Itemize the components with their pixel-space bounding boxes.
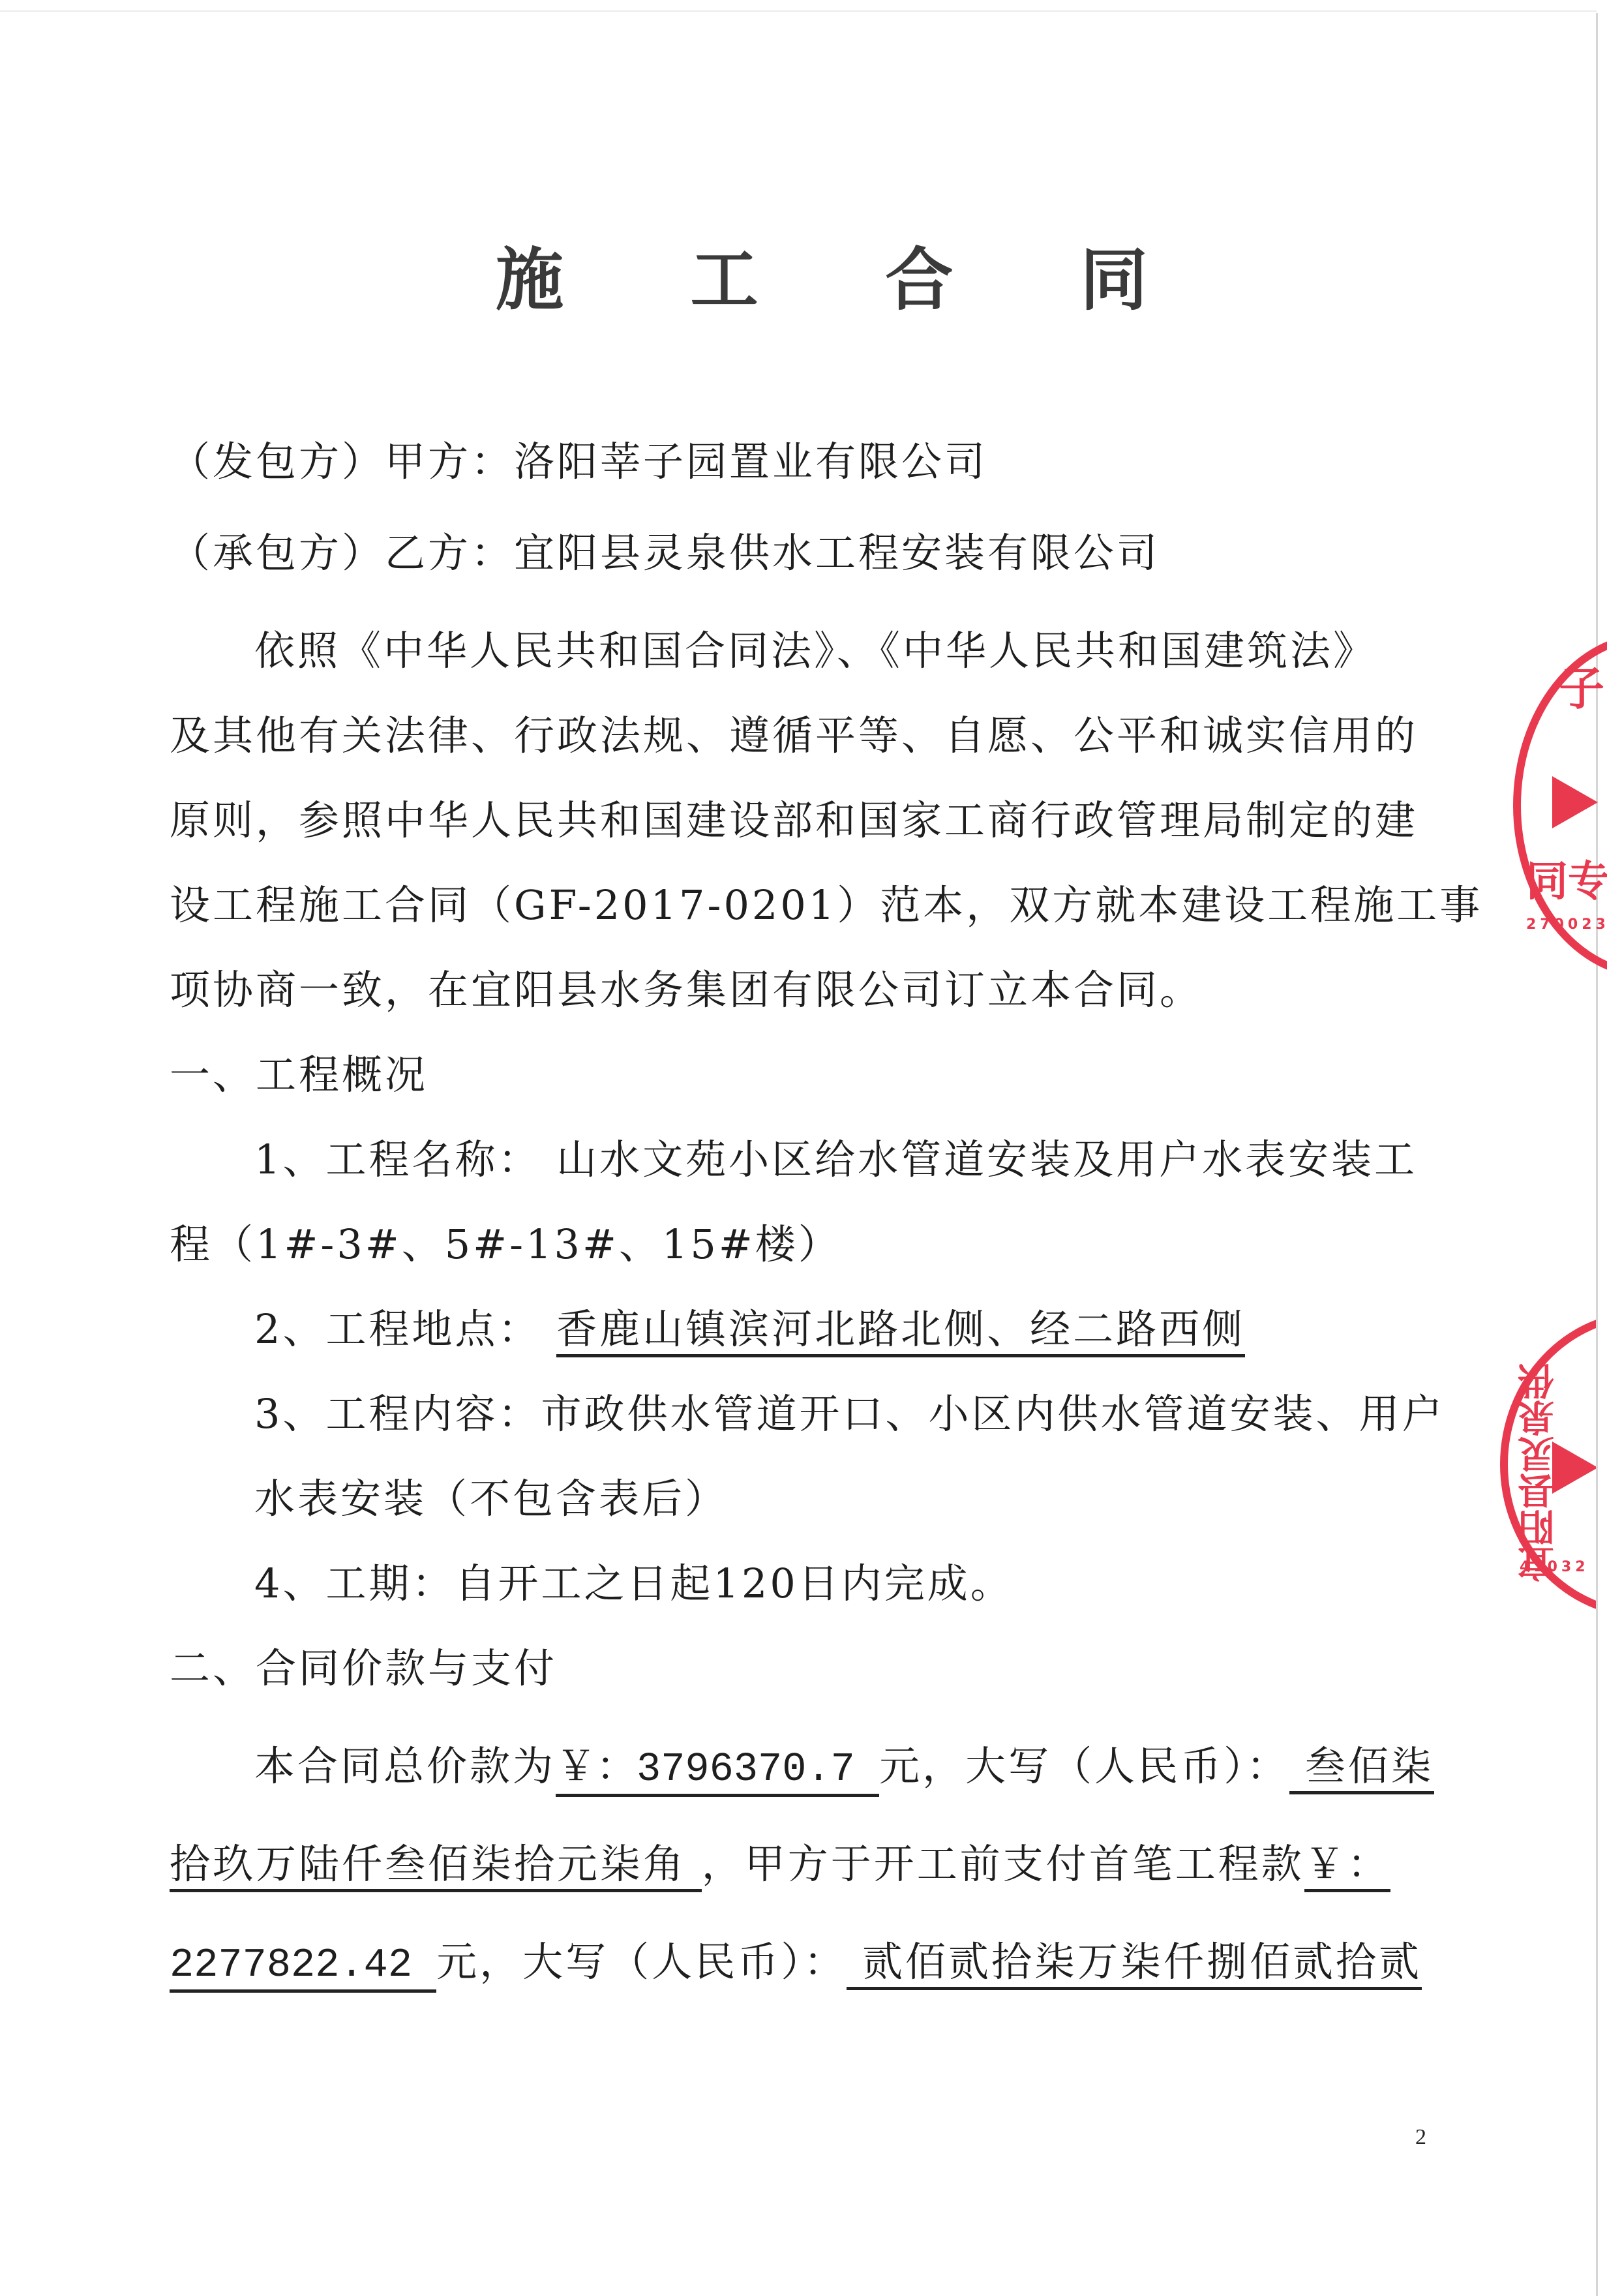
seal-code: 41032	[1520, 1559, 1589, 1575]
scan-edge-top	[0, 10, 1597, 12]
seal-star-icon	[1552, 776, 1598, 828]
total-price-line: 本合同总价款为￥：3796370.7 元，大写（人民币）： 叁佰柒	[254, 1740, 1513, 1796]
project-name-value: 山水文苑小区给水管道安装及用户水表安装工	[556, 1136, 1417, 1183]
project-content: 3、工程内容：市政供水管道开口、小区内供水管道安装、用户	[254, 1388, 1513, 1440]
total-price-prefix: 本合同总价款为	[254, 1742, 556, 1790]
page-number: 2	[1415, 2125, 1426, 2150]
project-duration: 4、工期：自开工之日起120日内完成。	[254, 1558, 1513, 1610]
project-content-continued: 水表安装（不包含表后）	[254, 1473, 1513, 1525]
company-seal-party-b: 宜阳县灵泉供 41032	[1500, 1311, 1607, 1624]
title-char: 合	[885, 225, 953, 323]
title-char: 同	[1080, 225, 1148, 323]
project-name-label: 1、工程名称：	[254, 1136, 541, 1183]
project-name-continued: 程（1#-3#、5#-13#、15#楼）	[170, 1218, 1428, 1271]
seal-text-bottom: 同专	[1526, 848, 1607, 908]
project-name: 1、工程名称： 山水文苑小区给水管道安装及用户水表安装工	[254, 1134, 1513, 1186]
total-words-prefix: 元，大写（人民币）：	[879, 1742, 1289, 1790]
total-amount-words-continued: 拾玖万陆仟叁佰柒拾元柒角	[170, 1840, 702, 1892]
company-seal-party-a: 子园 同专 270023	[1513, 626, 1607, 991]
first-payment-prefix: ，甲方于开工前支付首笔工程款	[702, 1840, 1304, 1888]
first-payment-amount-line: 2277822.42 元，大写（人民币）： 贰佰贰拾柒万柒仟捌佰贰拾贰	[170, 1936, 1428, 1991]
total-amount-words: 叁佰柒	[1289, 1742, 1434, 1794]
total-amount: ￥：3796370.7	[556, 1746, 879, 1797]
first-payment-words: 贰佰贰拾柒万柒仟捌佰贰拾贰	[847, 1938, 1422, 1990]
preamble-line: 项协商一致，在宜阳县水务集团有限公司订立本合同。	[170, 964, 1428, 1016]
scan-edge-right	[1596, 13, 1598, 2296]
party-a: （发包方）甲方：洛阳莘子园置业有限公司	[170, 436, 1428, 488]
seal-star-icon	[1552, 1442, 1598, 1494]
project-location-value: 香鹿山镇滨河北路北侧、经二路西侧	[556, 1305, 1245, 1357]
party-b: （承包方）乙方：宜阳县灵泉供水工程安装有限公司	[170, 527, 1428, 579]
document-title: 施 工 合 同	[496, 232, 1148, 316]
first-payment-words-prefix: 元，大写（人民币）：	[436, 1938, 847, 1986]
seal-text-top: 子园	[1559, 652, 1607, 718]
first-payment-amount: 2277822.42	[170, 1942, 436, 1993]
title-char: 工	[691, 225, 758, 323]
first-payment-currency: ￥：	[1304, 1840, 1390, 1892]
preamble-line: 设工程施工合同（GF-2017-0201）范本，双方就本建设工程施工事	[170, 879, 1428, 931]
section-heading-project-overview: 一、工程概况	[170, 1049, 1428, 1101]
project-location: 2、工程地点： 香鹿山镇滨河北路北侧、经二路西侧	[254, 1303, 1513, 1355]
seal-code: 270023	[1526, 916, 1607, 933]
preamble-line: 及其他有关法律、行政法规、遵循平等、自愿、公平和诚实信用的	[170, 710, 1428, 762]
preamble-line: 依照《中华人民共和国合同法》、《中华人民共和国建筑法》	[254, 625, 1428, 677]
section-heading-price-payment: 二、合同价款与支付	[170, 1642, 1428, 1695]
preamble-line: 原则，参照中华人民共和国建设部和国家工商行政管理局制定的建	[170, 794, 1428, 847]
project-location-label: 2、工程地点：	[254, 1305, 541, 1353]
first-payment-line: 拾玖万陆仟叁佰柒拾元柒角 ，甲方于开工前支付首笔工程款￥：	[170, 1838, 1428, 1890]
title-char: 施	[496, 225, 563, 323]
